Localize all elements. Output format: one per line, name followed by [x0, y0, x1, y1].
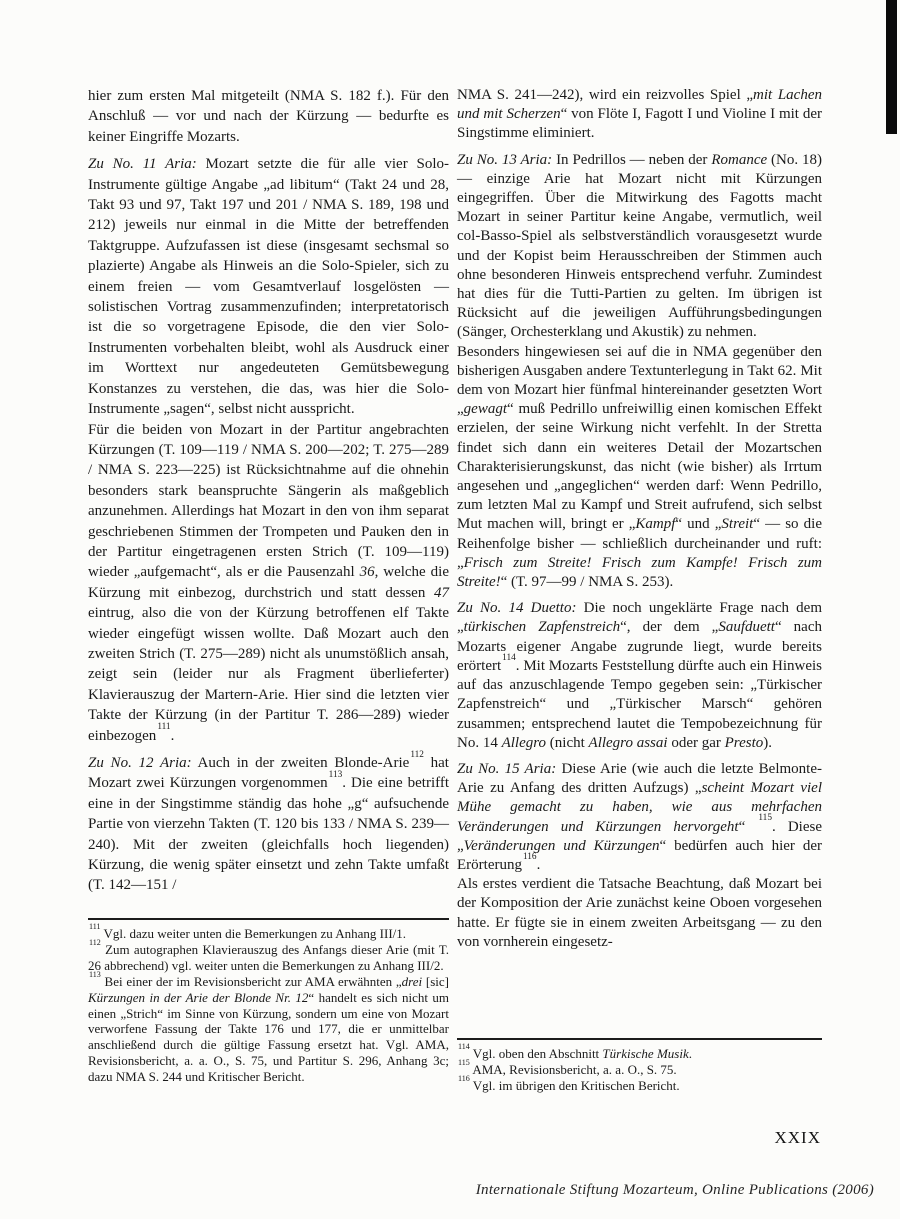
footnote-ref: 112	[89, 938, 101, 947]
footnote: 113 Bei einer der im Revisionsbericht zu…	[88, 974, 449, 1085]
text-segment: .	[171, 728, 175, 744]
footnote-separator-rule	[88, 918, 449, 920]
paragraph: Für die beiden von Mozart in der Partitu…	[88, 420, 449, 747]
text-segment: Zum autographen Klavierauszug des Anfang…	[88, 942, 449, 973]
text-segment: drei	[402, 974, 422, 989]
text-segment: In Pedrillos — neben der	[552, 152, 711, 168]
text-segment: Türkische Musik	[602, 1046, 688, 1061]
left-footnotes: 111 Vgl. dazu weiter unten die Bemerkung…	[88, 918, 449, 1168]
paragraph: hier zum ersten Mal mitgeteilt (NMA S. 1…	[88, 86, 449, 147]
text-segment: gewagt	[464, 401, 507, 417]
footnote-ref: 113	[89, 970, 101, 979]
text-segment: .	[689, 1046, 692, 1061]
paragraph: Zu No. 14 Duetto: Die noch ungeklärte Fr…	[457, 599, 822, 753]
footnote-ref: 111	[157, 722, 170, 732]
right-column: NMA S. 241—242), wird ein reizvolles Spi…	[457, 86, 822, 952]
footer-credit: Internationale Stiftung Mozarteum, Onlin…	[0, 1182, 874, 1199]
text-segment: Bei einer der im Revisionsbericht zur AM…	[101, 974, 402, 989]
footnote-ref: 111	[89, 922, 100, 931]
paragraph: Zu No. 15 Aria: Diese Arie (wie auch die…	[457, 760, 822, 875]
scan-artifact-line	[886, 0, 897, 134]
paragraph: Besonders hingewiesen sei auf die in NMA…	[457, 343, 822, 593]
text-segment: Zu No. 13 Aria:	[457, 152, 552, 168]
text-segment: . Die eine betrifft eine in der Singstim…	[88, 775, 449, 893]
footnote-ref: 114	[502, 653, 516, 663]
text-segment: türkischen Zapfenstreich	[464, 619, 620, 635]
paragraph: Als erstes verdient die Tatsache Beachtu…	[457, 875, 822, 952]
text-segment: “ (T. 97—99 / NMA S. 253).	[501, 574, 674, 590]
paragraph: Zu No. 12 Aria: Auch in der zweiten Blon…	[88, 753, 449, 896]
footnote: 115 AMA, Revisionsbericht, a. a. O., S. …	[457, 1062, 822, 1078]
text-segment: eintrug, also die von der Kürzung betrof…	[88, 605, 449, 743]
text-segment: Kampf	[635, 516, 675, 532]
text-segment: .	[537, 857, 541, 873]
text-segment: Mozart setzte die für alle vier Solo-Ins…	[88, 156, 449, 417]
text-segment: AMA, Revisionsbericht, a. a. O., S. 75.	[470, 1062, 677, 1077]
text-segment: Auch in der zweiten Blonde-Arie	[192, 755, 410, 771]
text-segment: Zu No. 12 Aria:	[88, 755, 192, 771]
text-segment: oder gar	[668, 735, 725, 751]
text-segment: “ muß Pedrillo unfreiwillig einen komisc…	[457, 401, 822, 532]
text-segment: Romance	[711, 152, 767, 168]
text-segment: 36	[360, 564, 375, 580]
footnote-text: 114 Vgl. oben den Abschnitt Türkische Mu…	[457, 1046, 822, 1094]
text-segment: Zu No. 11 Aria:	[88, 156, 197, 172]
text-segment: Presto	[725, 735, 764, 751]
paragraph: Zu No. 13 Aria: In Pedrillos — neben der…	[457, 151, 822, 343]
text-segment: Saufduett	[718, 619, 775, 635]
footnote: 111 Vgl. dazu weiter unten die Bemerkung…	[88, 926, 449, 942]
footnote-ref: 116	[458, 1074, 470, 1083]
text-segment: [sic]	[422, 974, 449, 989]
paragraph: Zu No. 11 Aria: Mozart setzte die für al…	[88, 154, 449, 419]
text-segment: “, der dem „	[620, 619, 718, 635]
text-segment: (nicht	[546, 735, 589, 751]
text-segment: “	[739, 819, 758, 835]
text-segment: NMA S. 241—242), wird ein reizvolles Spi…	[457, 87, 753, 103]
footnote: 116 Vgl. im übrigen den Kritischen Beric…	[457, 1078, 822, 1094]
text-segment: Vgl. oben den Abschnitt	[470, 1046, 603, 1061]
text-segment: Kürzungen in der Arie der Blonde Nr. 12	[88, 990, 308, 1005]
text-segment: Streit	[721, 516, 753, 532]
footnote: 112 Zum autographen Klavierauszug des An…	[88, 942, 449, 974]
paragraph: NMA S. 241—242), wird ein reizvolles Spi…	[457, 86, 822, 144]
text-segment: “ und „	[675, 516, 721, 532]
text-segment: Für die beiden von Mozart in der Partitu…	[88, 422, 449, 581]
footnote-ref: 112	[410, 750, 424, 760]
text-segment: Zu No. 14 Duetto:	[457, 600, 576, 616]
text-segment: Allegro	[502, 735, 546, 751]
document-page: hier zum ersten Mal mitgeteilt (NMA S. 1…	[0, 0, 900, 1219]
footnote-ref: 115	[758, 813, 772, 823]
text-segment: Zu No. 15 Aria:	[457, 761, 556, 777]
text-segment: 47	[434, 585, 449, 601]
footnote-ref: 116	[523, 852, 537, 862]
left-column: hier zum ersten Mal mitgeteilt (NMA S. 1…	[88, 86, 449, 896]
footnote-ref: 114	[458, 1042, 470, 1051]
text-segment: Veränderungen und Kürzungen	[464, 838, 660, 854]
right-footnotes: 114 Vgl. oben den Abschnitt Türkische Mu…	[457, 1038, 822, 1130]
text-segment: (No. 18) — einzige Arie hat Mozart nicht…	[457, 152, 822, 341]
text-segment: Allegro assai	[589, 735, 668, 751]
text-segment: Vgl. dazu weiter unten die Bemerkungen z…	[100, 926, 406, 941]
text-segment: Als erstes verdient die Tatsache Beachtu…	[457, 876, 822, 950]
text-segment: Vgl. im übrigen den Kritischen Bericht.	[470, 1078, 680, 1093]
text-segment: ).	[763, 735, 772, 751]
footnote-separator-rule	[457, 1038, 822, 1040]
footnote-ref: 115	[458, 1058, 470, 1067]
footnote-text: 111 Vgl. dazu weiter unten die Bemerkung…	[88, 926, 449, 1085]
footnote: 114 Vgl. oben den Abschnitt Türkische Mu…	[457, 1046, 822, 1062]
text-segment: hier zum ersten Mal mitgeteilt (NMA S. 1…	[88, 88, 449, 145]
footnote-ref: 113	[329, 770, 343, 780]
page-number: XXIX	[457, 1128, 821, 1148]
